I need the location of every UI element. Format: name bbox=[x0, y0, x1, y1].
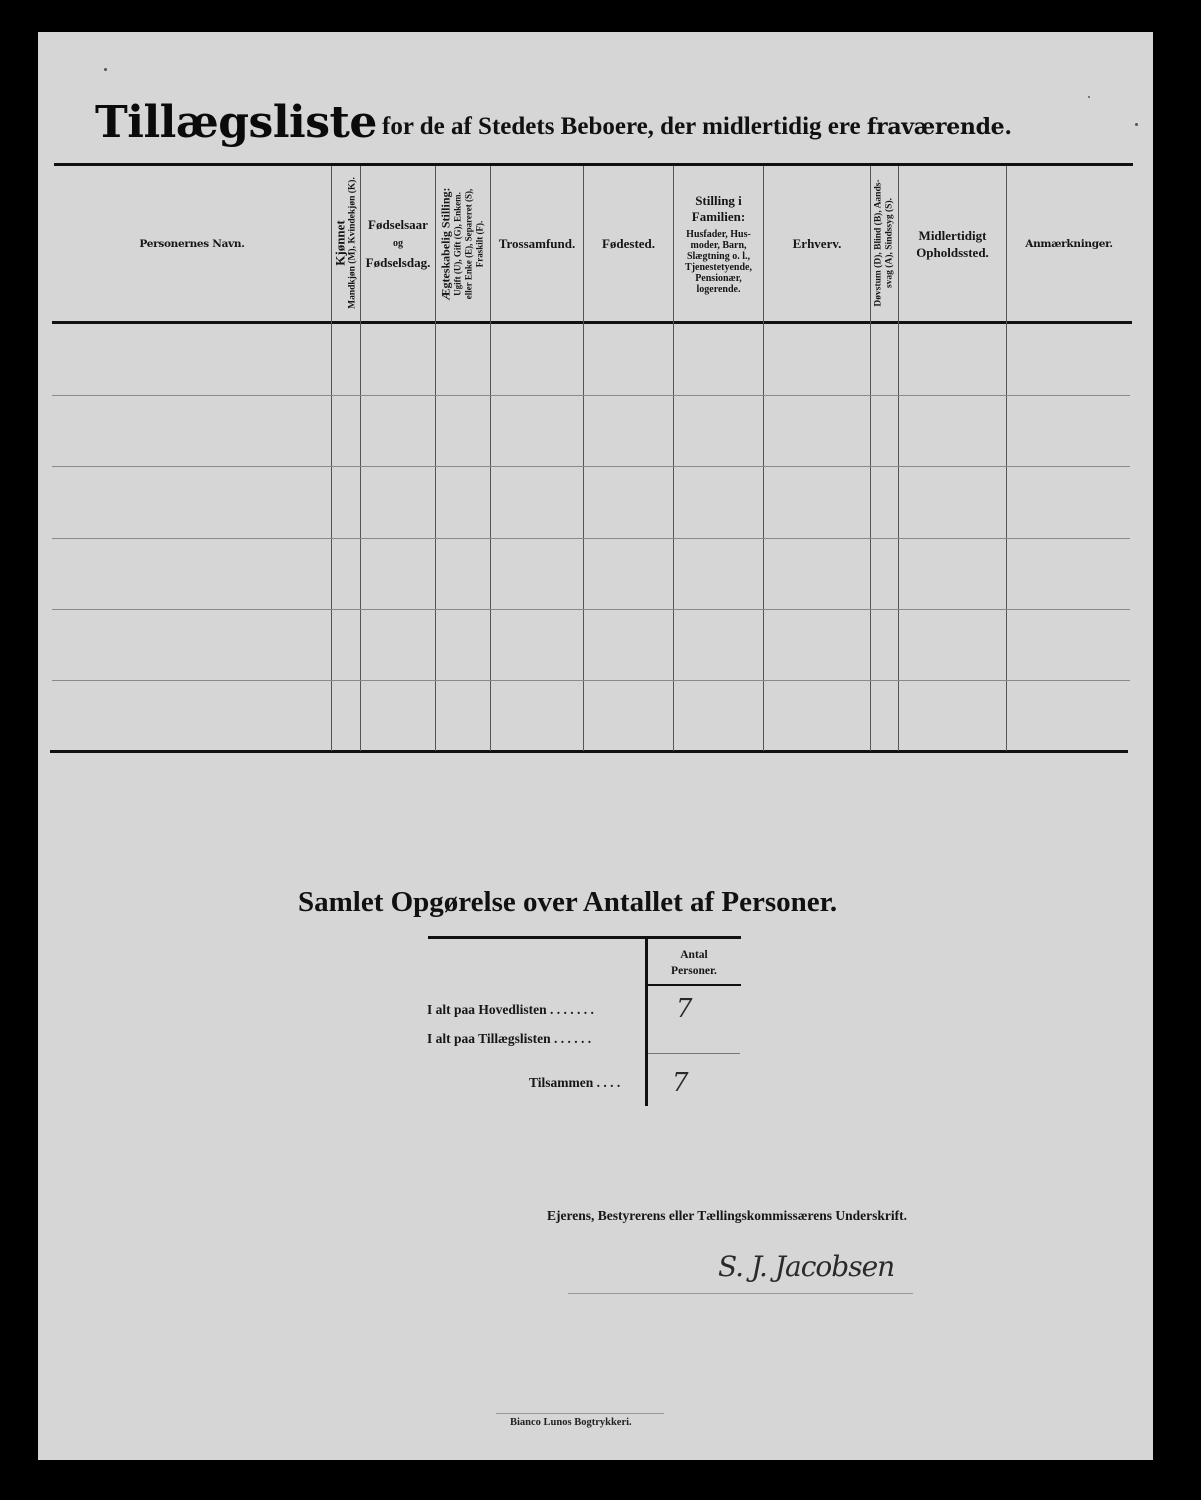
summary-label-tilsammen: Tilsammen . . . . bbox=[529, 1075, 620, 1091]
column-header-birthplace: Fødested. bbox=[584, 166, 673, 321]
summary-label-hovedlisten: I alt paa Hovedlisten . . . . . . . bbox=[427, 1002, 594, 1018]
column-header-disability-line2: svag (A), Sindssyg (S). bbox=[885, 198, 896, 288]
column-header-temp-residence: Midlertidigt Opholdssted. bbox=[899, 166, 1006, 321]
column-header-temp-residence-line2: Opholdssted. bbox=[916, 244, 989, 261]
summary-column-header: Antal Personer. bbox=[648, 944, 740, 982]
column-header-occupation: Erhverv. bbox=[764, 166, 870, 321]
column-header-family-position: Stilling i Familien: Husfader, Hus- mode… bbox=[674, 166, 763, 321]
summary-label-tillaegslisten: I alt paa Tillægslisten . . . . . . bbox=[427, 1031, 591, 1047]
column-header-birth-line2: og bbox=[393, 234, 403, 253]
summary-value-tilsammen: 7 bbox=[672, 1068, 689, 1098]
column-header-disability-line1: Døvstum (D), Blind (B), Aands- bbox=[874, 179, 885, 306]
table-row bbox=[52, 610, 1130, 680]
column-header-birth: Fødselsaar og Fødselsdag. bbox=[361, 166, 435, 321]
summary-column-header-line1: Antal bbox=[680, 947, 707, 963]
column-header-birth-line1: Fødselsaar bbox=[368, 215, 428, 234]
column-header-marital: Ægteskabelig Stilling: Ugift (U), Gift (… bbox=[436, 167, 490, 322]
summary-subtotal-rule bbox=[648, 1053, 740, 1054]
form-subtitle-emphasis: fraværende. bbox=[867, 114, 1012, 140]
column-header-marital-line2: Ugift (U), Gift (G), Enkem. bbox=[453, 192, 464, 296]
column-header-family-position-line7: Pensionær, bbox=[695, 273, 742, 284]
summary-title: Samlet Opgørelse over Antallet af Person… bbox=[298, 886, 878, 919]
table-row bbox=[52, 681, 1130, 750]
column-header-family-position-line6: Tjenestetyende, bbox=[685, 262, 752, 273]
summary-value-hovedlisten: 7 bbox=[676, 994, 693, 1024]
table-row bbox=[52, 396, 1130, 466]
summary-top-rule bbox=[428, 936, 741, 939]
column-header-marital-line3: eller Enke (E), Separeret (S), bbox=[464, 189, 475, 299]
column-header-family-position-line2: Familien: bbox=[692, 209, 745, 225]
printer-imprint: Bianco Lunos Bogtrykkeri. bbox=[510, 1417, 632, 1428]
column-header-temp-residence-line1: Midlertidigt bbox=[919, 227, 987, 244]
summary-column-header-line2: Personer. bbox=[671, 963, 717, 979]
column-header-remarks: Anmærkninger. bbox=[1007, 166, 1131, 321]
paper-speck bbox=[1088, 96, 1090, 98]
column-header-birth-line3: Fødselsdag. bbox=[366, 253, 431, 272]
form-subtitle-text: for de af Stedets Beboere, der midlertid… bbox=[382, 113, 861, 140]
table-row bbox=[52, 467, 1130, 538]
signature-value: S. J. Jacobsen bbox=[718, 1250, 894, 1283]
column-header-religion: Trossamfund. bbox=[491, 166, 583, 321]
column-header-name: Personernes Navn. bbox=[54, 166, 330, 321]
signature-label: Ejerens, Bestyrerens eller Tællingskommi… bbox=[547, 1208, 907, 1224]
column-header-family-position-line8: logerende. bbox=[697, 284, 741, 295]
paper-speck bbox=[104, 68, 107, 71]
column-header-family-position-line3: Husfader, Hus- bbox=[686, 229, 751, 240]
column-header-sex: Kjønnet Mandkjøn (M), Kvindekjøn (K). bbox=[331, 166, 361, 321]
column-header-marital-title: Ægteskabelig Stilling: bbox=[440, 188, 453, 301]
signature-line bbox=[568, 1293, 913, 1294]
form-subtitle: for de af Stedets Beboere, der midlertid… bbox=[382, 112, 1012, 142]
column-header-family-position-line1: Stilling i bbox=[695, 193, 742, 209]
column-header-family-position-line4: moder, Barn, bbox=[690, 240, 746, 251]
printer-rule bbox=[496, 1413, 664, 1414]
column-header-disability: Døvstum (D), Blind (B), Aands- svag (A),… bbox=[872, 166, 898, 321]
column-header-marital-line4: Fraskilt (F). bbox=[475, 221, 486, 268]
column-header-sex-sub: Mandkjøn (M), Kvindekjøn (K). bbox=[347, 177, 358, 309]
column-header-family-position-line5: Slægtning o. l., bbox=[687, 251, 750, 262]
form-title: Tillægsliste bbox=[95, 98, 377, 148]
summary-header-rule bbox=[648, 984, 741, 986]
column-header-sex-title: Kjønnet bbox=[333, 220, 347, 266]
table-bottom-rule bbox=[50, 750, 1128, 753]
table-row bbox=[52, 324, 1130, 395]
paper-speck bbox=[1135, 123, 1138, 126]
table-row bbox=[52, 539, 1130, 609]
